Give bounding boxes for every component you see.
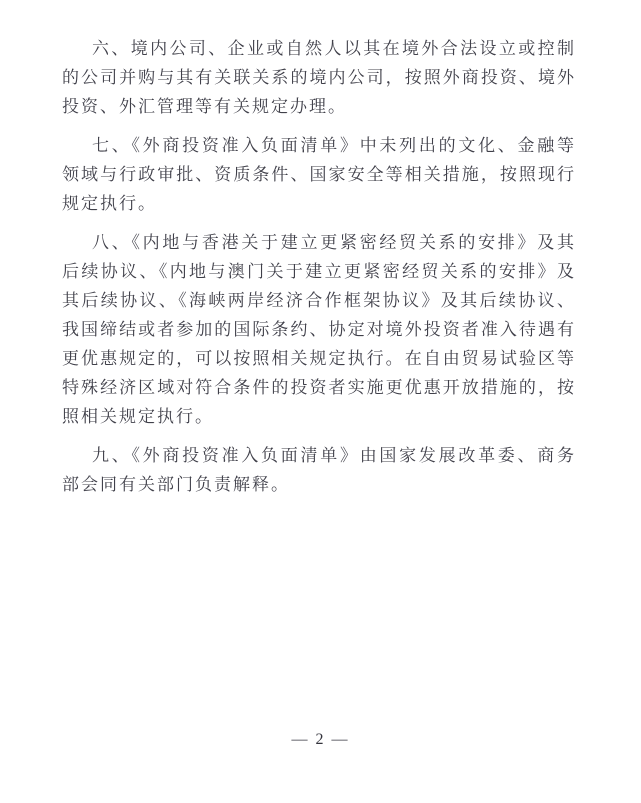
paragraph-item-8: 八、《内地与香港关于建立更紧密经贸关系的安排》及其后续协议、《内地与澳门关于建立… [62, 228, 576, 431]
page-number: — 2 — [0, 730, 641, 750]
paragraph-item-9: 九、《外商投资准入负面清单》由国家发展改革委、商务部会同有关部门负责解释。 [62, 441, 576, 499]
paragraph-item-7: 七、《外商投资准入负面清单》中未列出的文化、金融等领域与行政审批、资质条件、国家… [62, 131, 576, 218]
document-page: 六、境内公司、企业或自然人以其在境外合法设立或控制的公司并购与其有关联关系的境内… [0, 0, 641, 803]
paragraph-item-6: 六、境内公司、企业或自然人以其在境外合法设立或控制的公司并购与其有关联关系的境内… [62, 34, 576, 121]
document-body: 六、境内公司、企业或自然人以其在境外合法设立或控制的公司并购与其有关联关系的境内… [62, 34, 576, 509]
